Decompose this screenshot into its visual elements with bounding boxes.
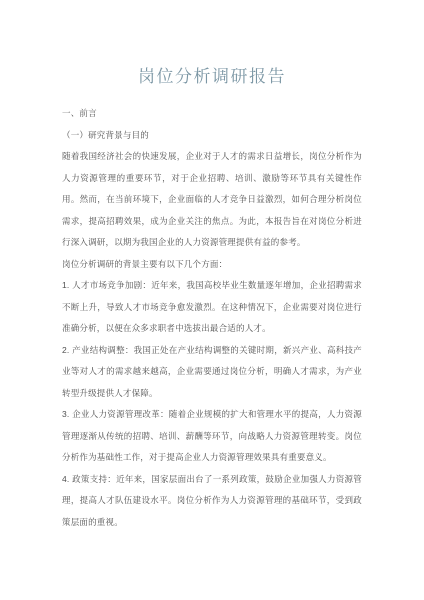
subsection-heading-background-purpose: （一）研究背景与目的	[62, 125, 362, 147]
paragraph-item-4-policy-support: 4. 政策支持：近年来，国家层面出台了一系列政策，鼓励企业加强人力资源管理，提高…	[62, 469, 362, 534]
section-heading-preface: 一、前言	[62, 103, 362, 125]
document-body: 一、前言 （一）研究背景与目的 随着我国经济社会的快速发展，企业对于人才的需求日…	[62, 103, 362, 533]
paragraph-background-lead: 岗位分析调研的背景主要有以下几个方面：	[62, 254, 362, 276]
paragraph-item-2-industry-structure: 2. 产业结构调整：我国正处在产业结构调整的关键时期，新兴产业、高科技产业等对人…	[62, 340, 362, 405]
paragraph-item-3-hr-reform: 3. 企业人力资源管理改革：随着企业规模的扩大和管理水平的提高，人力资源管理逐渐…	[62, 404, 362, 469]
paragraph-item-1-talent-market: 1. 人才市场竞争加剧：近年来，我国高校毕业生数量逐年增加，企业招聘需求不断上升…	[62, 275, 362, 340]
document-page: 岗位分析调研报告 一、前言 （一）研究背景与目的 随着我国经济社会的快速发展，企…	[0, 0, 424, 600]
paragraph-intro: 随着我国经济社会的快速发展，企业对于人才的需求日益增长，岗位分析作为人力资源管理…	[62, 146, 362, 254]
document-title: 岗位分析调研报告	[62, 63, 362, 90]
